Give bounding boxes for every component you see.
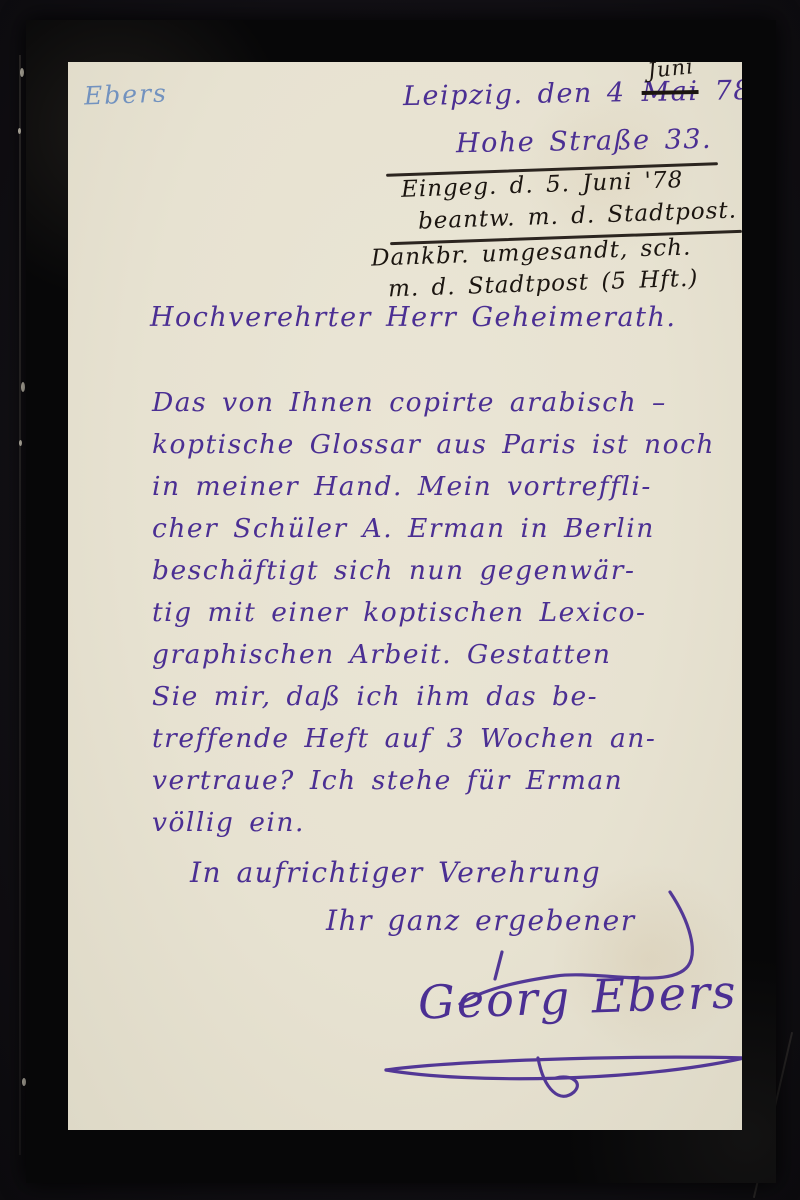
receipt-note-line: beantw. m. d. Stadtpost.: [418, 197, 738, 234]
edge-chip: [18, 128, 21, 134]
dateline-place-day: Leipzig. den 4: [403, 77, 626, 112]
mount-edge-highlight: [19, 55, 21, 1155]
month-correction: Mai Juni: [641, 76, 698, 108]
letter-body-line: tig mit einer koptischen Lexico-: [152, 592, 715, 634]
letter-body-line: völlig ein.: [152, 802, 715, 844]
letter-body-line: beschäftigt sich nun gegenwär-: [152, 550, 715, 592]
letter-body-line: in meiner Hand. Mein vortreffli-: [152, 466, 715, 508]
letter-body-line: koptische Glossar aus Paris ist noch: [152, 424, 715, 466]
salutation: Hochverehrter Herr Geheimerath.: [150, 302, 676, 333]
letter-page: Ebers Leipzig. den 4 Mai Juni 78. Hohe S…: [68, 62, 742, 1130]
letter-body-line: vertraue? Ich stehe für Erman: [152, 760, 715, 802]
archival-pencil-label: Ebers: [84, 79, 169, 111]
dateline-year: 78.: [714, 75, 742, 107]
letter-body-line: treffende Heft auf 3 Wochen an-: [152, 718, 715, 760]
signature-name: Georg Ebers: [417, 964, 738, 1029]
letter-body-line: Sie mir, daß ich ihm das be-: [152, 676, 715, 718]
reply-note-line: m. d. Stadtpost (5 Hft.): [388, 266, 699, 303]
letter-body-line: graphischen Arbeit. Gestatten: [152, 634, 715, 676]
dateline: Leipzig. den 4 Mai Juni 78.: [403, 75, 742, 112]
letter-body-line: Das von Ihnen copirte arabisch –: [152, 382, 715, 424]
edge-chip: [19, 440, 22, 446]
letter-body: Das von Ihnen copirte arabisch –koptisch…: [152, 382, 715, 844]
edge-chip: [20, 68, 24, 77]
reply-note-line: Dankbr. umgesandt, sch.: [371, 234, 692, 271]
edge-chip: [21, 382, 25, 392]
address-line: Hohe Straße 33.: [456, 124, 713, 159]
photograph-stage: Ebers Leipzig. den 4 Mai Juni 78. Hohe S…: [0, 0, 800, 1200]
letter-body-line: cher Schüler A. Erman in Berlin: [152, 508, 715, 550]
